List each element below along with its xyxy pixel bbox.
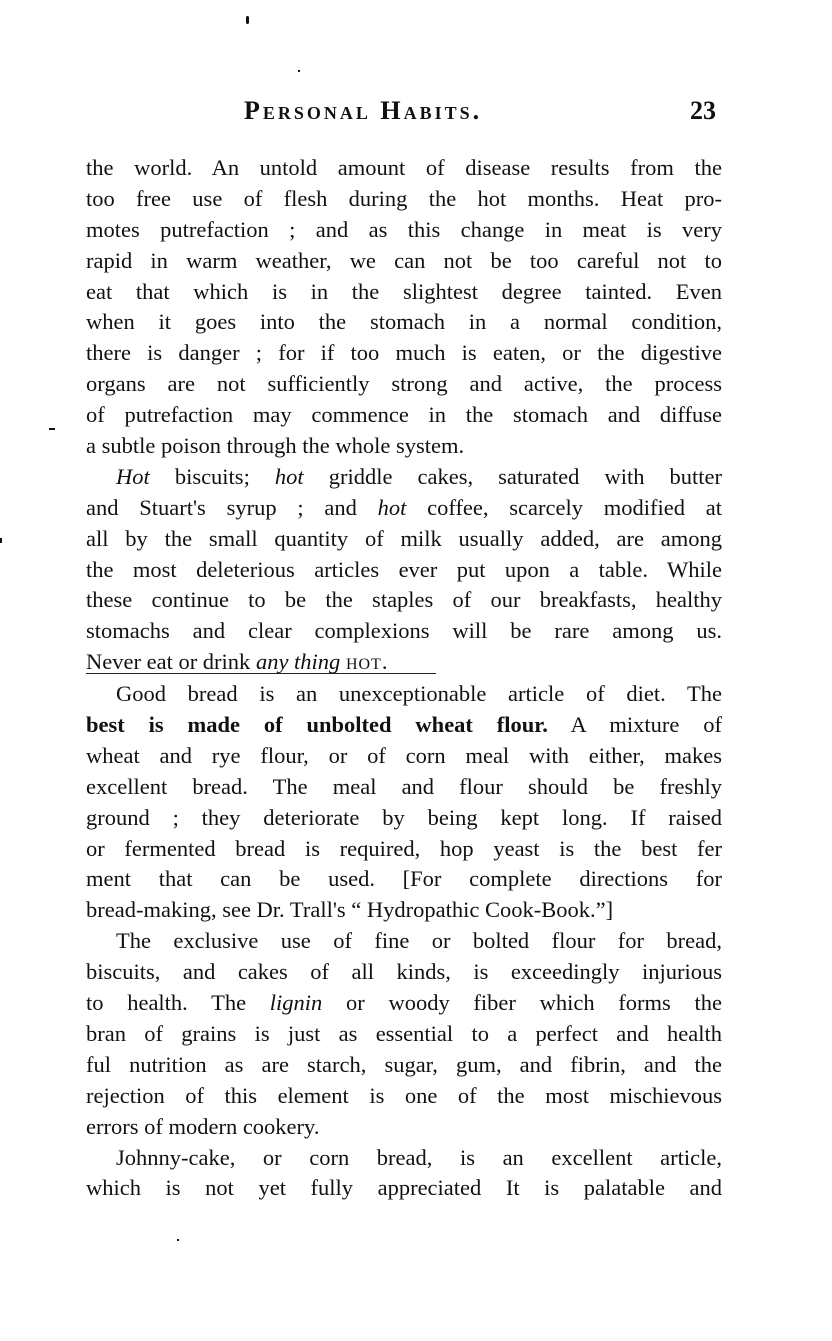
bold-span: best is made of unbolted wheat flour. <box>86 712 548 737</box>
text-line: the most deleterious articles ever put u… <box>86 555 722 586</box>
text-line: to health. The lignin or woody fiber whi… <box>86 988 722 1019</box>
text-line: the world. An untold amount of disease r… <box>86 153 722 184</box>
paragraph-2: Hot biscuits; hot griddle cakes, saturat… <box>86 462 722 674</box>
paragraph-4: The exclusive use of fine or bolted flou… <box>86 926 722 1142</box>
scan-speck <box>246 16 249 24</box>
scan-speck <box>177 1239 179 1241</box>
text-line: The exclusive use of fine or bolted flou… <box>86 926 722 957</box>
small-caps-hot: hot. <box>346 649 389 674</box>
text-line: and Stuart's syrup ; and hot coffee, sca… <box>86 493 722 524</box>
text-line: a subtle poison through the whole system… <box>86 431 722 462</box>
text-line: too free use of flesh during the hot mon… <box>86 184 722 215</box>
text-line: motes putrefaction ; and as this change … <box>86 215 722 246</box>
text-span: A mixture of <box>548 712 722 737</box>
paragraph-1: the world. An untold amount of disease r… <box>86 153 722 462</box>
text-line: Johnny-cake, or corn bread, is an excell… <box>86 1143 722 1174</box>
text-span: Never eat or drink <box>86 649 256 674</box>
text-line: wheat and rye flour, or of corn meal wit… <box>86 741 722 772</box>
text-span: to health. The <box>86 990 270 1015</box>
scan-speck <box>298 70 300 72</box>
text-line: ful nutrition as are starch, sugar, gum,… <box>86 1050 722 1081</box>
text-line: of putrefaction may commence in the stom… <box>86 400 722 431</box>
text-line: excellent bread. The meal and flour shou… <box>86 772 722 803</box>
italic-any-thing: any thing <box>256 649 340 674</box>
text-line: biscuits, and cakes of all kinds, is exc… <box>86 957 722 988</box>
text-span: coffee, scarcely modified at <box>406 495 722 520</box>
text-line: rapid in warm weather, we can not be too… <box>86 246 722 277</box>
text-span: biscuits; <box>150 464 275 489</box>
page-body: the world. An untold amount of disease r… <box>86 153 722 1204</box>
text-line: ground ; they deteriorate by being kept … <box>86 803 722 834</box>
paragraph-3: Good bread is an unexceptionable article… <box>86 679 722 926</box>
text-line: these continue to be the staples of our … <box>86 585 722 616</box>
text-line: organs are not sufficiently strong and a… <box>86 369 722 400</box>
text-span: griddle cakes, saturated with butter <box>304 464 722 489</box>
text-line: ment that can be used. [For complete dir… <box>86 864 722 895</box>
italic-hot: hot <box>275 464 304 489</box>
page-number: 23 <box>690 96 716 126</box>
text-line: best is made of unbolted wheat flour. A … <box>86 710 722 741</box>
scan-speck <box>49 428 55 430</box>
text-line: Good bread is an unexceptionable article… <box>86 679 722 710</box>
scan-speck <box>0 538 2 543</box>
italic-hot: hot <box>378 495 407 520</box>
text-span: and Stuart's syrup ; and <box>86 495 378 520</box>
paragraph-5: Johnny-cake, or corn bread, is an excell… <box>86 1143 722 1205</box>
text-span: or woody fiber which forms the <box>322 990 722 1015</box>
text-line: rejection of this element is one of the … <box>86 1081 722 1112</box>
page-header: Personal Habits. 23 <box>0 96 832 136</box>
text-line: bran of grains is just as essential to a… <box>86 1019 722 1050</box>
text-line: eat that which is in the slightest degre… <box>86 277 722 308</box>
text-line: all by the small quantity of milk usuall… <box>86 524 722 555</box>
text-line: bread-making, see Dr. Trall's “ Hydropat… <box>86 895 722 926</box>
running-head: Personal Habits. <box>244 96 482 126</box>
text-line: there is danger ; for if too much is eat… <box>86 338 722 369</box>
text-line: when it goes into the stomach in a norma… <box>86 307 722 338</box>
italic-hot: Hot <box>116 464 150 489</box>
text-line: Hot biscuits; hot griddle cakes, saturat… <box>86 462 722 493</box>
italic-lignin: lignin <box>270 990 323 1015</box>
text-line: or fermented bread is required, hop yeas… <box>86 834 722 865</box>
text-line: which is not yet fully appreciated It is… <box>86 1173 722 1204</box>
text-line: errors of modern cookery. <box>86 1112 722 1143</box>
text-line: stomachs and clear complexions will be r… <box>86 616 722 647</box>
